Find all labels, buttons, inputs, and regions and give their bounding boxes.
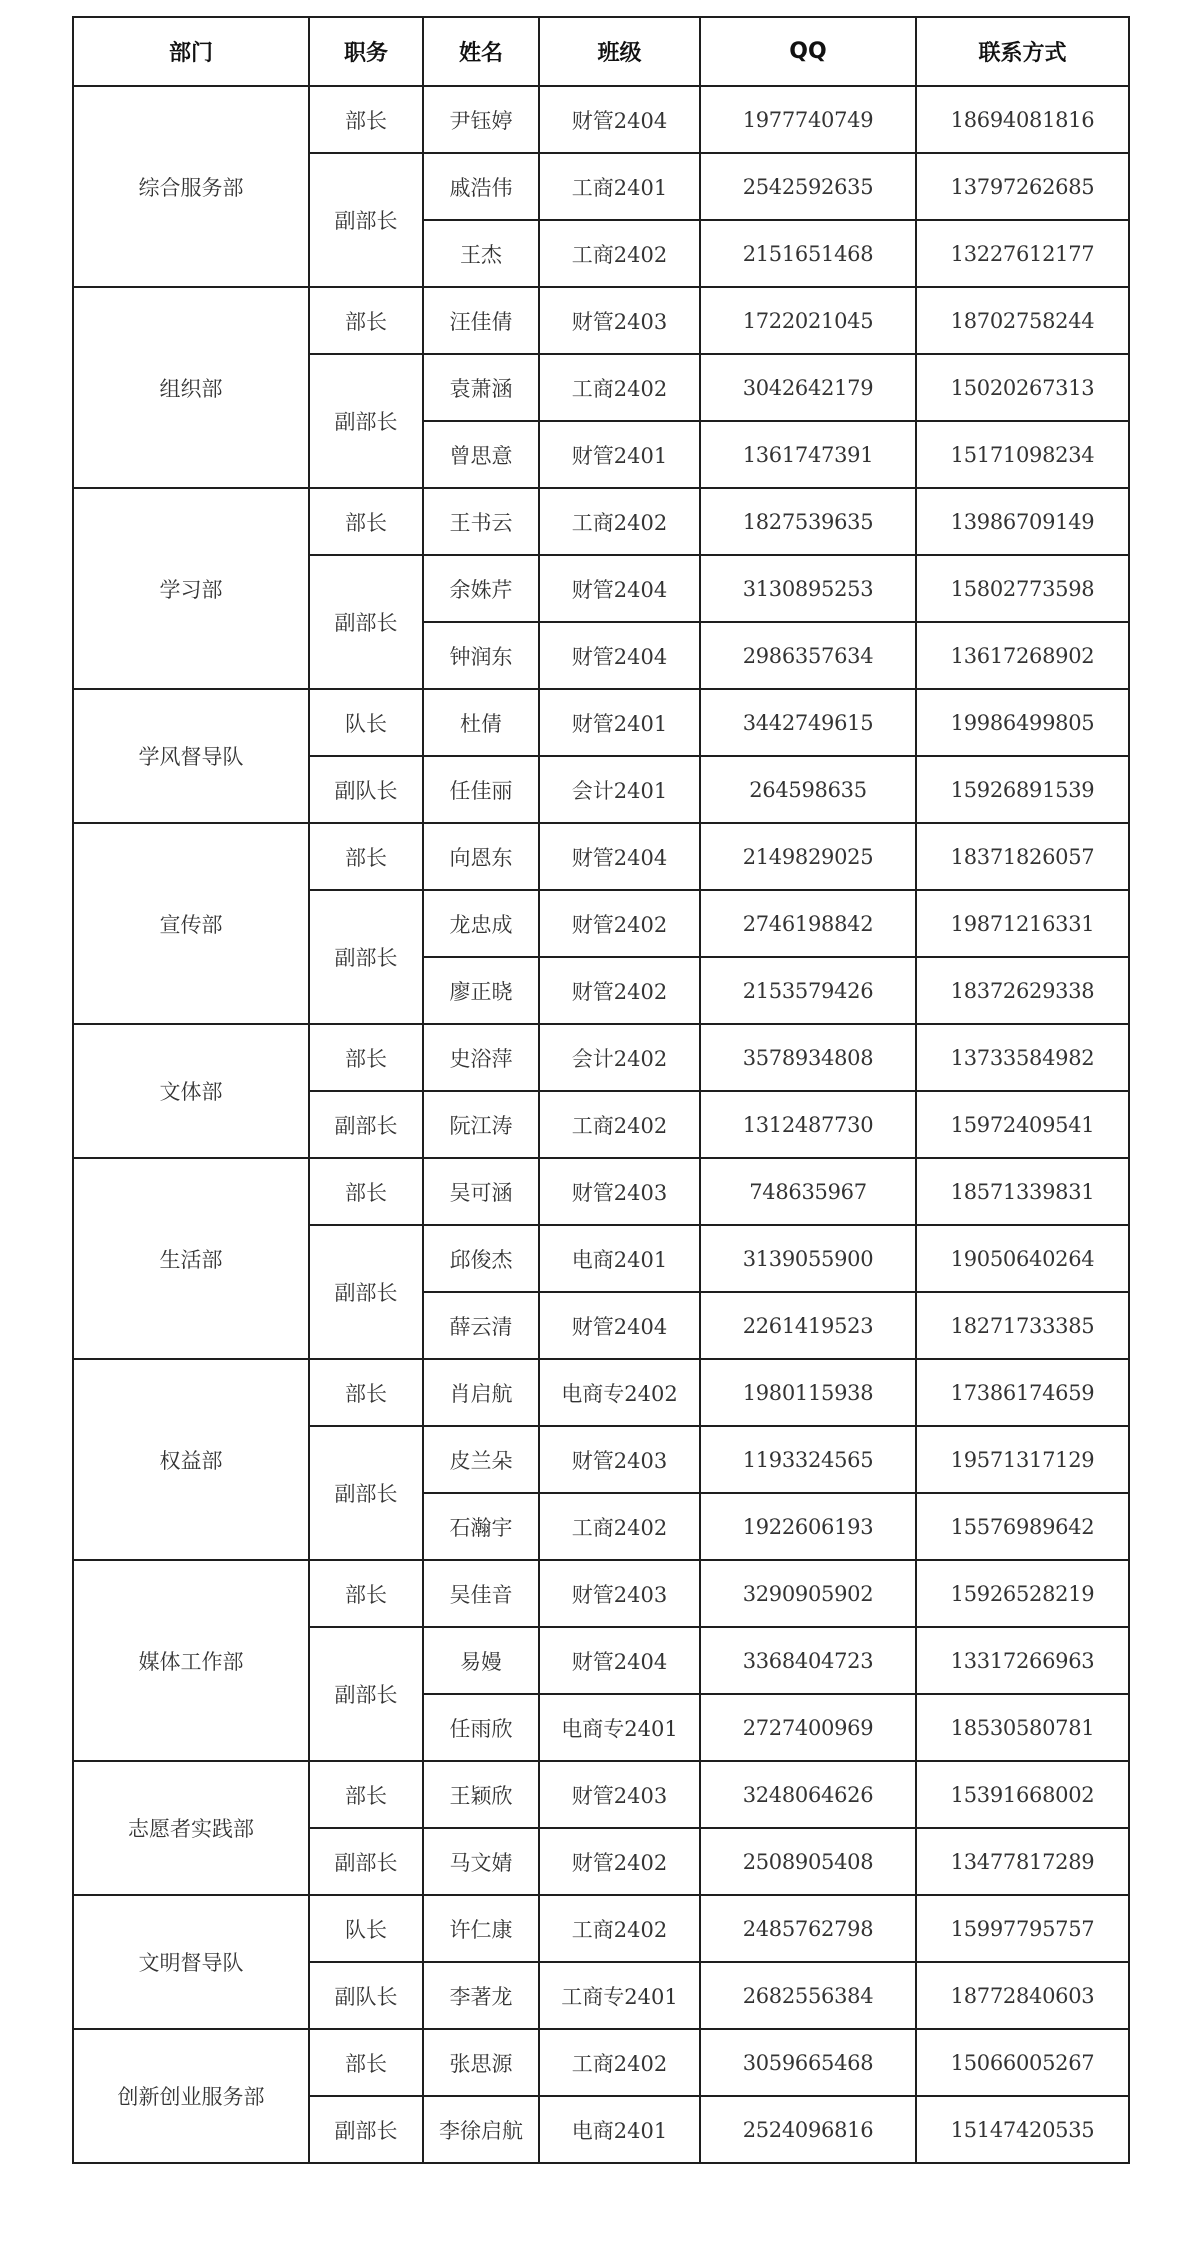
class-cell: 工商2401	[539, 153, 700, 220]
qq-cell: 3059665468	[700, 2029, 916, 2096]
class-cell: 电商专2402	[539, 1359, 700, 1426]
name-cell: 廖正晓	[423, 957, 539, 1024]
phone-cell: 13617268902	[916, 622, 1129, 689]
phone-cell: 13986709149	[916, 488, 1129, 555]
position-cell: 副部长	[309, 890, 423, 1024]
table-row: 媒体工作部部长吴佳音财管2403329090590215926528219	[73, 1560, 1129, 1627]
class-cell: 工商2402	[539, 354, 700, 421]
name-cell: 任佳丽	[423, 756, 539, 823]
class-cell: 工商2402	[539, 1493, 700, 1560]
phone-cell: 18271733385	[916, 1292, 1129, 1359]
qq-cell: 3130895253	[700, 555, 916, 622]
phone-cell: 18702758244	[916, 287, 1129, 354]
phone-cell: 13317266963	[916, 1627, 1129, 1694]
department-cell: 组织部	[73, 287, 309, 488]
class-cell: 财管2401	[539, 689, 700, 756]
table-row: 权益部部长肖启航电商专2402198011593817386174659	[73, 1359, 1129, 1426]
name-cell: 皮兰朵	[423, 1426, 539, 1493]
class-cell: 工商2402	[539, 220, 700, 287]
table-row: 宣传部部长向恩东财管2404214982902518371826057	[73, 823, 1129, 890]
phone-cell: 18372629338	[916, 957, 1129, 1024]
name-cell: 李著龙	[423, 1962, 539, 2029]
phone-cell: 15147420535	[916, 2096, 1129, 2163]
position-cell: 部长	[309, 488, 423, 555]
table-row: 创新创业服务部部长张思源工商2402305966546815066005267	[73, 2029, 1129, 2096]
class-cell: 财管2403	[539, 287, 700, 354]
phone-cell: 15926891539	[916, 756, 1129, 823]
class-cell: 财管2403	[539, 1158, 700, 1225]
position-cell: 部长	[309, 1359, 423, 1426]
qq-cell: 2151651468	[700, 220, 916, 287]
header-qq: QQ	[700, 17, 916, 86]
phone-cell: 18371826057	[916, 823, 1129, 890]
name-cell: 许仁康	[423, 1895, 539, 1962]
name-cell: 吴佳音	[423, 1560, 539, 1627]
phone-cell: 13797262685	[916, 153, 1129, 220]
name-cell: 王颖欣	[423, 1761, 539, 1828]
position-cell: 副部长	[309, 153, 423, 287]
qq-cell: 1722021045	[700, 287, 916, 354]
class-cell: 财管2404	[539, 555, 700, 622]
name-cell: 阮江涛	[423, 1091, 539, 1158]
position-cell: 副队长	[309, 1962, 423, 2029]
phone-cell: 18694081816	[916, 86, 1129, 153]
class-cell: 工商2402	[539, 1895, 700, 1962]
position-cell: 队长	[309, 1895, 423, 1962]
phone-cell: 19050640264	[916, 1225, 1129, 1292]
name-cell: 钟润东	[423, 622, 539, 689]
phone-cell: 15391668002	[916, 1761, 1129, 1828]
name-cell: 肖启航	[423, 1359, 539, 1426]
class-cell: 财管2404	[539, 1627, 700, 1694]
phone-cell: 15926528219	[916, 1560, 1129, 1627]
name-cell: 曾思意	[423, 421, 539, 488]
department-cell: 媒体工作部	[73, 1560, 309, 1761]
name-cell: 易嫚	[423, 1627, 539, 1694]
name-cell: 尹钰婷	[423, 86, 539, 153]
qq-cell: 3139055900	[700, 1225, 916, 1292]
name-cell: 袁萧涵	[423, 354, 539, 421]
phone-cell: 18530580781	[916, 1694, 1129, 1761]
qq-cell: 2508905408	[700, 1828, 916, 1895]
phone-cell: 15802773598	[916, 555, 1129, 622]
position-cell: 副部长	[309, 1225, 423, 1359]
class-cell: 工商2402	[539, 1091, 700, 1158]
qq-cell: 3248064626	[700, 1761, 916, 1828]
qq-cell: 1980115938	[700, 1359, 916, 1426]
class-cell: 工商2402	[539, 488, 700, 555]
table-row: 组织部部长汪佳倩财管2403172202104518702758244	[73, 287, 1129, 354]
position-cell: 副队长	[309, 756, 423, 823]
department-cell: 学风督导队	[73, 689, 309, 823]
name-cell: 李徐启航	[423, 2096, 539, 2163]
header-row: 部门 职务 姓名 班级 QQ 联系方式	[73, 17, 1129, 86]
qq-cell: 1827539635	[700, 488, 916, 555]
name-cell: 王书云	[423, 488, 539, 555]
department-cell: 学习部	[73, 488, 309, 689]
qq-cell: 1361747391	[700, 421, 916, 488]
class-cell: 财管2403	[539, 1426, 700, 1493]
class-cell: 会计2401	[539, 756, 700, 823]
position-cell: 部长	[309, 823, 423, 890]
name-cell: 向恩东	[423, 823, 539, 890]
table-row: 志愿者实践部部长王颖欣财管2403324806462615391668002	[73, 1761, 1129, 1828]
department-cell: 志愿者实践部	[73, 1761, 309, 1895]
qq-cell: 2149829025	[700, 823, 916, 890]
phone-cell: 19571317129	[916, 1426, 1129, 1493]
class-cell: 工商专2401	[539, 1962, 700, 2029]
position-cell: 队长	[309, 689, 423, 756]
class-cell: 财管2402	[539, 1828, 700, 1895]
qq-cell: 3290905902	[700, 1560, 916, 1627]
class-cell: 财管2403	[539, 1560, 700, 1627]
phone-cell: 19871216331	[916, 890, 1129, 957]
header-phone: 联系方式	[916, 17, 1129, 86]
name-cell: 史浴萍	[423, 1024, 539, 1091]
qq-cell: 2524096816	[700, 2096, 916, 2163]
class-cell: 财管2404	[539, 622, 700, 689]
qq-cell: 3442749615	[700, 689, 916, 756]
table-row: 生活部部长吴可涵财管240374863596718571339831	[73, 1158, 1129, 1225]
class-cell: 财管2404	[539, 86, 700, 153]
position-cell: 副部长	[309, 1828, 423, 1895]
table-row: 文明督导队队长许仁康工商2402248576279815997795757	[73, 1895, 1129, 1962]
name-cell: 汪佳倩	[423, 287, 539, 354]
department-cell: 文体部	[73, 1024, 309, 1158]
class-cell: 财管2404	[539, 823, 700, 890]
phone-cell: 15576989642	[916, 1493, 1129, 1560]
name-cell: 龙忠成	[423, 890, 539, 957]
phone-cell: 15997795757	[916, 1895, 1129, 1962]
position-cell: 副部长	[309, 1426, 423, 1560]
phone-cell: 15972409541	[916, 1091, 1129, 1158]
qq-cell: 2153579426	[700, 957, 916, 1024]
header-position: 职务	[309, 17, 423, 86]
department-cell: 宣传部	[73, 823, 309, 1024]
position-cell: 副部长	[309, 1091, 423, 1158]
phone-cell: 13733584982	[916, 1024, 1129, 1091]
header-department: 部门	[73, 17, 309, 86]
qq-cell: 2746198842	[700, 890, 916, 957]
qq-cell: 1977740749	[700, 86, 916, 153]
qq-cell: 2542592635	[700, 153, 916, 220]
name-cell: 马文婧	[423, 1828, 539, 1895]
department-cell: 权益部	[73, 1359, 309, 1560]
department-cell: 综合服务部	[73, 86, 309, 287]
table-row: 文体部部长史浴萍会计2402357893480813733584982	[73, 1024, 1129, 1091]
class-cell: 工商2402	[539, 2029, 700, 2096]
qq-cell: 2485762798	[700, 1895, 916, 1962]
qq-cell: 3578934808	[700, 1024, 916, 1091]
name-cell: 吴可涵	[423, 1158, 539, 1225]
class-cell: 财管2403	[539, 1761, 700, 1828]
qq-cell: 2986357634	[700, 622, 916, 689]
qq-cell: 1312487730	[700, 1091, 916, 1158]
phone-cell: 15171098234	[916, 421, 1129, 488]
header-name: 姓名	[423, 17, 539, 86]
qq-cell: 748635967	[700, 1158, 916, 1225]
position-cell: 副部长	[309, 2096, 423, 2163]
qq-cell: 1922606193	[700, 1493, 916, 1560]
phone-cell: 17386174659	[916, 1359, 1129, 1426]
qq-cell: 3368404723	[700, 1627, 916, 1694]
position-cell: 部长	[309, 1761, 423, 1828]
qq-cell: 1193324565	[700, 1426, 916, 1493]
name-cell: 薛云清	[423, 1292, 539, 1359]
class-cell: 电商专2401	[539, 1694, 700, 1761]
table-header: 部门 职务 姓名 班级 QQ 联系方式	[73, 17, 1129, 86]
position-cell: 部长	[309, 1560, 423, 1627]
phone-cell: 15020267313	[916, 354, 1129, 421]
name-cell: 杜倩	[423, 689, 539, 756]
department-cell: 文明督导队	[73, 1895, 309, 2029]
department-cell: 生活部	[73, 1158, 309, 1359]
class-cell: 财管2402	[539, 890, 700, 957]
phone-cell: 15066005267	[916, 2029, 1129, 2096]
name-cell: 张思源	[423, 2029, 539, 2096]
class-cell: 电商2401	[539, 1225, 700, 1292]
qq-cell: 2727400969	[700, 1694, 916, 1761]
position-cell: 部长	[309, 2029, 423, 2096]
phone-cell: 18772840603	[916, 1962, 1129, 2029]
department-cell: 创新创业服务部	[73, 2029, 309, 2163]
phone-cell: 13477817289	[916, 1828, 1129, 1895]
position-cell: 部长	[309, 1158, 423, 1225]
position-cell: 副部长	[309, 354, 423, 488]
table-row: 综合服务部部长尹钰婷财管2404197774074918694081816	[73, 86, 1129, 153]
position-cell: 副部长	[309, 555, 423, 689]
phone-cell: 13227612177	[916, 220, 1129, 287]
qq-cell: 3042642179	[700, 354, 916, 421]
class-cell: 电商2401	[539, 2096, 700, 2163]
position-cell: 副部长	[309, 1627, 423, 1761]
header-class: 班级	[539, 17, 700, 86]
roster-table: 部门 职务 姓名 班级 QQ 联系方式 综合服务部部长尹钰婷财管24041977…	[72, 16, 1130, 2164]
class-cell: 会计2402	[539, 1024, 700, 1091]
table-row: 学风督导队队长杜倩财管2401344274961519986499805	[73, 689, 1129, 756]
position-cell: 部长	[309, 86, 423, 153]
table-body: 综合服务部部长尹钰婷财管2404197774074918694081816副部长…	[73, 86, 1129, 2163]
position-cell: 部长	[309, 287, 423, 354]
name-cell: 戚浩伟	[423, 153, 539, 220]
position-cell: 部长	[309, 1024, 423, 1091]
class-cell: 财管2401	[539, 421, 700, 488]
name-cell: 任雨欣	[423, 1694, 539, 1761]
name-cell: 王杰	[423, 220, 539, 287]
class-cell: 财管2402	[539, 957, 700, 1024]
name-cell: 石瀚宇	[423, 1493, 539, 1560]
phone-cell: 19986499805	[916, 689, 1129, 756]
qq-cell: 264598635	[700, 756, 916, 823]
name-cell: 邱俊杰	[423, 1225, 539, 1292]
table-row: 学习部部长王书云工商2402182753963513986709149	[73, 488, 1129, 555]
name-cell: 余姝芹	[423, 555, 539, 622]
qq-cell: 2261419523	[700, 1292, 916, 1359]
qq-cell: 2682556384	[700, 1962, 916, 2029]
phone-cell: 18571339831	[916, 1158, 1129, 1225]
class-cell: 财管2404	[539, 1292, 700, 1359]
